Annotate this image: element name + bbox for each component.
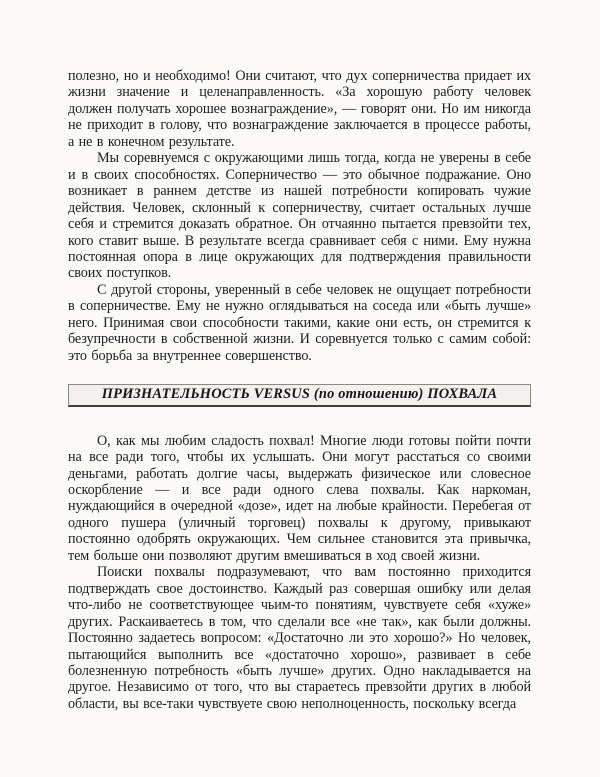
paragraph: О, как мы любим сладость похвал! Многие … [68,433,531,565]
book-page: полезно, но и необходимо! Они считают, ч… [0,0,600,777]
section-heading-box: ПРИЗНАТЕЛЬНОСТЬ VERSUS (по отношению) ПО… [68,384,531,406]
body-text-bottom: О, как мы любим сладость похвал! Многие … [68,433,531,713]
section-heading: ПРИЗНАТЕЛЬНОСТЬ VERSUS (по отношению) ПО… [102,386,498,402]
paragraph: Мы соревнуемся с окружающими лишь тогда,… [68,150,531,282]
body-text-top: полезно, но и необходимо! Они считают, ч… [68,68,531,364]
paragraph: Поиски похвалы подразумевают, что вам по… [68,564,531,712]
paragraph-continuation: полезно, но и необходимо! Они считают, ч… [68,68,531,150]
paragraph: С другой стороны, уверенный в себе челов… [68,282,531,364]
